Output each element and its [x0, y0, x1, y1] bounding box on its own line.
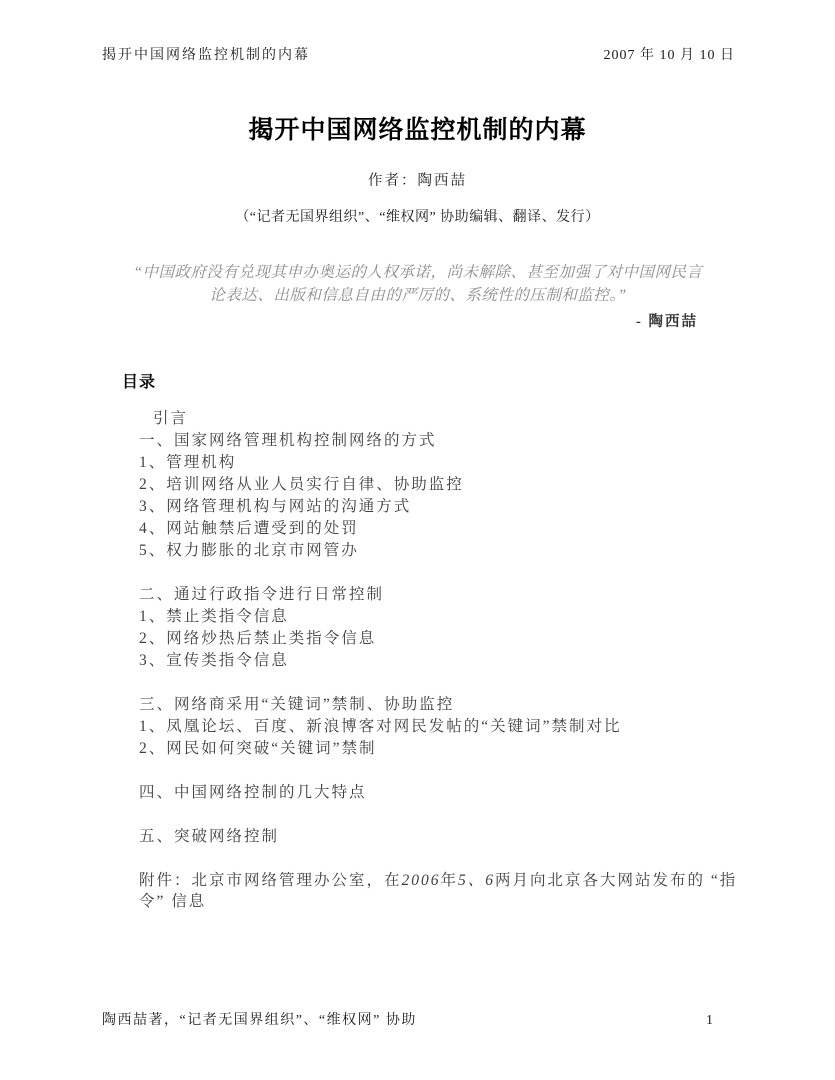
quote-attribution: - 陶西喆 — [118, 311, 718, 334]
toc-item: 2、网民如何突破“关键词”禁制 — [139, 738, 749, 760]
toc-group-5: 五、突破网络控制 — [139, 826, 749, 848]
toc-item-intro: 引言 — [153, 408, 749, 430]
table-of-contents: 引言 一、国家网络管理机构控制网络的方式 1、管理机构 2、培训网络从业人员实行… — [139, 408, 749, 912]
toc-group-1: 引言 一、国家网络管理机构控制网络的方式 1、管理机构 2、培训网络从业人员实行… — [139, 408, 749, 562]
footer-credit-text: 陶西喆著，“记者无国界组织”、“维权网” 协助 — [102, 1009, 417, 1029]
quote-line-1: “中国政府没有兑现其申办奥运的人权承诺，尚未解除、甚至加强了对中国网民言 — [118, 261, 718, 284]
attachment-text-part: 附件：北京市网络管理办公室，在 — [139, 872, 402, 889]
toc-item: 1、凤凰论坛、百度、新浪博客对网民发帖的“关键词”禁制对比 — [139, 716, 749, 738]
page-title: 揭开中国网络监控机制的内幕 — [0, 110, 835, 146]
header-date: 2007 年 10 月 10 日 — [604, 44, 736, 64]
toc-item: 3、宣传类指令信息 — [139, 650, 749, 672]
toc-item: 1、管理机构 — [139, 452, 749, 474]
toc-group-3: 三、网络商采用“关键词”禁制、协助监控 1、凤凰论坛、百度、新浪博客对网民发帖的… — [139, 694, 749, 760]
toc-item: 三、网络商采用“关键词”禁制、协助监控 — [139, 694, 749, 716]
attachment-text-part: 年 — [441, 872, 459, 889]
toc-item: 四、中国网络控制的几大特点 — [139, 782, 749, 804]
author-line: 作者：陶西喆 — [0, 169, 835, 190]
page-number: 1 — [706, 1013, 713, 1029]
running-header: 揭开中国网络监控机制的内幕 2007 年 10 月 10 日 — [102, 44, 735, 64]
header-title-text: 揭开中国网络监控机制的内幕 — [102, 44, 310, 64]
epigraph-quote: “中国政府没有兑现其申办奥运的人权承诺，尚未解除、甚至加强了对中国网民言 论表达… — [118, 261, 718, 334]
attachment-months: 5、6 — [458, 872, 495, 889]
toc-item: 5、权力膨胀的北京市网管办 — [139, 540, 749, 562]
toc-item: 2、网络炒热后禁止类指令信息 — [139, 628, 749, 650]
running-footer: 陶西喆著，“记者无国界组织”、“维权网” 协助 1 — [102, 1009, 713, 1029]
quote-line-2: 论表达、出版和信息自由的严厉的、系统性的压制和监控。” — [118, 284, 718, 307]
toc-heading: 目录 — [122, 369, 156, 392]
toc-item: 2、培训网络从业人员实行自律、协助监控 — [139, 474, 749, 496]
toc-group-4: 四、中国网络控制的几大特点 — [139, 782, 749, 804]
toc-item: 1、禁止类指令信息 — [139, 606, 749, 628]
attachment-note: 附件：北京市网络管理办公室，在2006年5、6两月向北京各大网站发布的 “指令”… — [139, 870, 739, 912]
document-page: 揭开中国网络监控机制的内幕 2007 年 10 月 10 日 揭开中国网络监控机… — [0, 0, 835, 1080]
toc-item: 一、国家网络管理机构控制网络的方式 — [139, 430, 749, 452]
toc-item: 4、网站触禁后遭受到的处罚 — [139, 518, 749, 540]
toc-group-2: 二、通过行政指令进行日常控制 1、禁止类指令信息 2、网络炒热后禁止类指令信息 … — [139, 584, 749, 672]
attachment-year: 2006 — [402, 872, 441, 889]
toc-item: 二、通过行政指令进行日常控制 — [139, 584, 749, 606]
toc-item: 五、突破网络控制 — [139, 826, 749, 848]
credit-line: （“记者无国界组织”、“维权网” 协助编辑、翻译、发行） — [0, 206, 835, 226]
toc-item: 3、网络管理机构与网站的沟通方式 — [139, 496, 749, 518]
